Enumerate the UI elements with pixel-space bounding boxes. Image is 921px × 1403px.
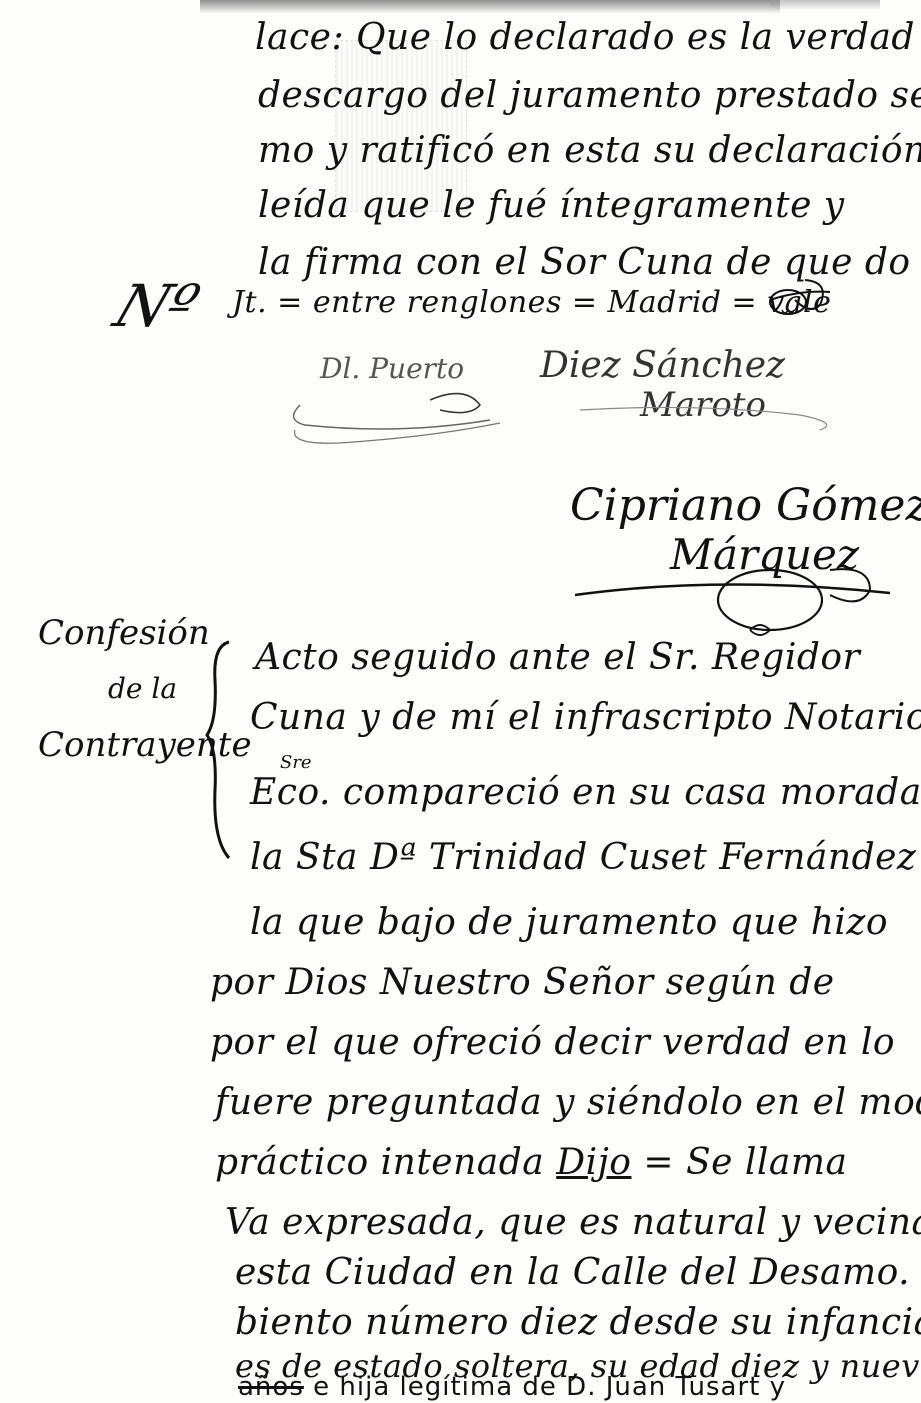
notary-signature-marquez: Márquez bbox=[670, 530, 859, 579]
body-line-9-tail: = Se llama bbox=[643, 1142, 847, 1183]
signature-underline-flourish bbox=[280, 375, 900, 450]
body-line-10: Va expresada, que es natural y vecina bbox=[225, 1205, 921, 1241]
annotation-line: Jt. = entre renglones = Madrid = vale bbox=[232, 288, 831, 318]
body-line-3: Eco. compareció en su casa morada bbox=[250, 775, 921, 811]
body-line-7: por el que ofreció decir verdad en lo bbox=[210, 1025, 895, 1061]
top-line-4: leída que le fué íntegramente y bbox=[258, 188, 845, 224]
signature-puerto: Dl. Puerto bbox=[320, 352, 464, 385]
body-line-5: la que bajo de juramento que hizo bbox=[250, 905, 888, 941]
signature-diez-sanchez: Diez Sánchez bbox=[540, 345, 785, 386]
superscript-abbrev: Sre bbox=[280, 752, 312, 773]
scanned-document-page: lace: Que lo declarado es la verdad en d… bbox=[0, 0, 921, 1403]
later-insertion-line: años e hija legítima de D. Juan Tusart y bbox=[238, 1372, 786, 1402]
signature-maroto: Maroto bbox=[640, 385, 766, 425]
top-line-1: lace: Que lo declarado es la verdad en bbox=[255, 20, 921, 56]
margin-initials: Nº bbox=[106, 272, 209, 340]
insertion-text: e hija legítima de D. Juan Tusart y bbox=[304, 1372, 786, 1402]
body-line-11: esta Ciudad en la Calle del Desamo. bbox=[235, 1255, 910, 1291]
scan-artifact-band-right bbox=[770, 0, 880, 10]
top-line-5: la firma con el Sor Cuna de que do bbox=[258, 245, 911, 281]
body-line-9: práctico intenada Dijo = Se llama bbox=[215, 1145, 848, 1181]
body-line-6: por Dios Nuestro Señor según de bbox=[210, 965, 835, 1001]
top-line-2: descargo del juramento prestado se afir bbox=[258, 78, 921, 114]
body-line-2: Cuna y de mí el infrascripto Notario bbox=[250, 700, 921, 736]
struck-word: años bbox=[238, 1372, 304, 1402]
body-line-8: fuere preguntada y siéndolo en el modo bbox=[215, 1085, 921, 1121]
body-line-9-text: práctico intenada bbox=[215, 1142, 544, 1183]
dijo-emphasis: Dijo bbox=[556, 1142, 631, 1183]
scan-artifact-band bbox=[200, 0, 780, 14]
curly-brace-icon bbox=[205, 640, 235, 860]
body-line-12: biento número diez desde su infancia, bbox=[235, 1305, 921, 1341]
body-line-1: Acto seguido ante el Sr. Regidor bbox=[255, 640, 860, 676]
notary-signature-cipriano: Cipriano Gómez bbox=[570, 480, 921, 531]
body-line-4: la Sta Dª Trinidad Cuset Fernández bbox=[250, 840, 916, 876]
top-line-3: mo y ratificó en esta su declaración bbox=[258, 133, 921, 169]
